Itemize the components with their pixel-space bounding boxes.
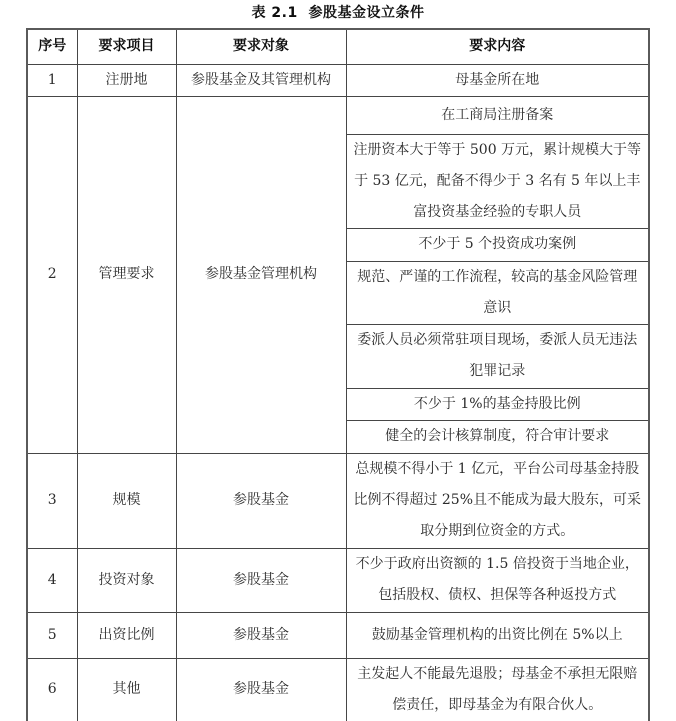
table-row: 2 管理要求 参股基金管理机构 在工商局注册备案 — [27, 96, 649, 134]
cell-content: 不少于政府出资额的 1.5 倍投资于当地企业，包括股权、债权、担保等各种返投方式 — [346, 548, 649, 612]
header-content: 要求内容 — [346, 29, 649, 64]
header-no: 序号 — [27, 29, 77, 64]
cell-item: 注册地 — [77, 64, 176, 96]
cell-no: 4 — [27, 548, 77, 612]
cell-content: 规范、严谨的工作流程，较高的基金风险管理意识 — [346, 261, 649, 324]
cell-target: 参股基金管理机构 — [176, 96, 346, 453]
table-row: 4 投资对象 参股基金 不少于政府出资额的 1.5 倍投资于当地企业，包括股权、… — [27, 548, 649, 612]
conditions-table: 序号 要求项目 要求对象 要求内容 1 注册地 参股基金及其管理机构 母基金所在… — [26, 28, 650, 721]
cell-item: 规模 — [77, 453, 176, 548]
cell-content: 鼓励基金管理机构的出资比例在 5%以上 — [346, 612, 649, 658]
cell-content: 主发起人不能最先退股；母基金不承担无限赔偿责任，即母基金为有限合伙人。 — [346, 658, 649, 721]
cell-item: 管理要求 — [77, 96, 176, 453]
cell-target: 参股基金及其管理机构 — [176, 64, 346, 96]
cell-content: 总规模不得小于 1 亿元，平台公司母基金持股比例不得超过 25%且不能成为最大股… — [346, 453, 649, 548]
table-caption: 表 2.1 参股基金设立条件 — [0, 0, 676, 23]
cell-content: 不少于 5 个投资成功案例 — [346, 228, 649, 261]
cell-no: 2 — [27, 96, 77, 453]
table-row: 6 其他 参股基金 主发起人不能最先退股；母基金不承担无限赔偿责任，即母基金为有… — [27, 658, 649, 721]
cell-content: 健全的会计核算制度，符合审计要求 — [346, 420, 649, 453]
cell-item: 其他 — [77, 658, 176, 721]
cell-no: 5 — [27, 612, 77, 658]
cell-content: 委派人员必须常驻项目现场，委派人员无违法犯罪记录 — [346, 324, 649, 388]
header-target: 要求对象 — [176, 29, 346, 64]
cell-no: 1 — [27, 64, 77, 96]
cell-target: 参股基金 — [176, 658, 346, 721]
cell-item: 投资对象 — [77, 548, 176, 612]
cell-target: 参股基金 — [176, 453, 346, 548]
cell-target: 参股基金 — [176, 612, 346, 658]
cell-content: 在工商局注册备案 — [346, 96, 649, 134]
header-row: 序号 要求项目 要求对象 要求内容 — [27, 29, 649, 64]
cell-item: 出资比例 — [77, 612, 176, 658]
table-row: 1 注册地 参股基金及其管理机构 母基金所在地 — [27, 64, 649, 96]
cell-content: 不少于 1%的基金持股比例 — [346, 388, 649, 420]
cell-target: 参股基金 — [176, 548, 346, 612]
cell-content: 注册资本大于等于 500 万元，累计规模大于等于 53 亿元，配备不得少于 3 … — [346, 134, 649, 228]
cell-content: 母基金所在地 — [346, 64, 649, 96]
table-row: 5 出资比例 参股基金 鼓励基金管理机构的出资比例在 5%以上 — [27, 612, 649, 658]
table-row: 3 规模 参股基金 总规模不得小于 1 亿元，平台公司母基金持股比例不得超过 2… — [27, 453, 649, 548]
cell-no: 3 — [27, 453, 77, 548]
cell-no: 6 — [27, 658, 77, 721]
header-item: 要求项目 — [77, 29, 176, 64]
